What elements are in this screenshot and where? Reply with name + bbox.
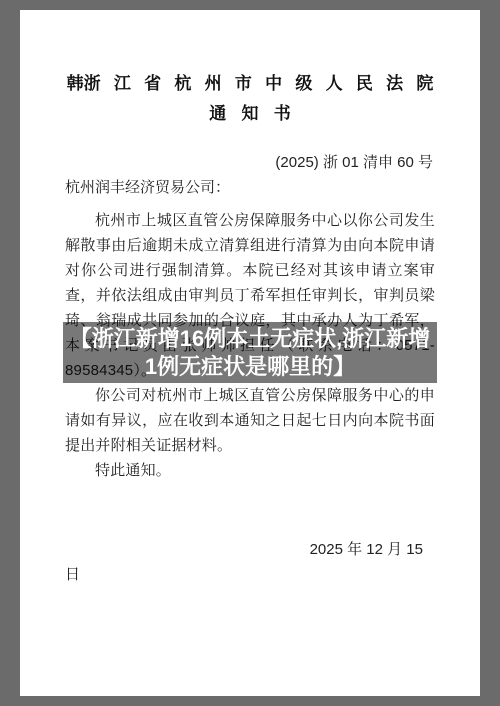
- caption-overlay-line-2: 1例无症状是哪里的】: [145, 353, 355, 381]
- court-title: 韩浙 江 省 杭 州 市 中 级 人 民 法 院: [65, 72, 435, 96]
- date-line: 2025 年 12 月 15: [65, 537, 435, 562]
- body-paragraph-3: 特此通知。: [65, 458, 435, 483]
- caption-overlay-banner: 【浙江新增16例本土无症状,浙江新增 1例无症状是哪里的】: [63, 322, 437, 383]
- screenshot-canvas: 韩浙 江 省 杭 州 市 中 级 人 民 法 院 通 知 书 (2025) 浙 …: [0, 0, 500, 706]
- body-paragraph-2: 你公司对杭州市上城区直管公房保障服务中心的申请如有异议，应在收到本通知之日起七日…: [65, 383, 435, 458]
- notice-type-title: 通 知 书: [65, 102, 435, 126]
- recipient-line: 杭州润丰经济贸易公司：: [65, 175, 435, 200]
- date-line-wrapped-suffix: 日: [65, 562, 435, 587]
- caption-overlay-line-1: 【浙江新增16例本土无症状,浙江新增: [70, 325, 431, 353]
- case-number: (2025) 浙 01 清申 60 号: [65, 150, 435, 175]
